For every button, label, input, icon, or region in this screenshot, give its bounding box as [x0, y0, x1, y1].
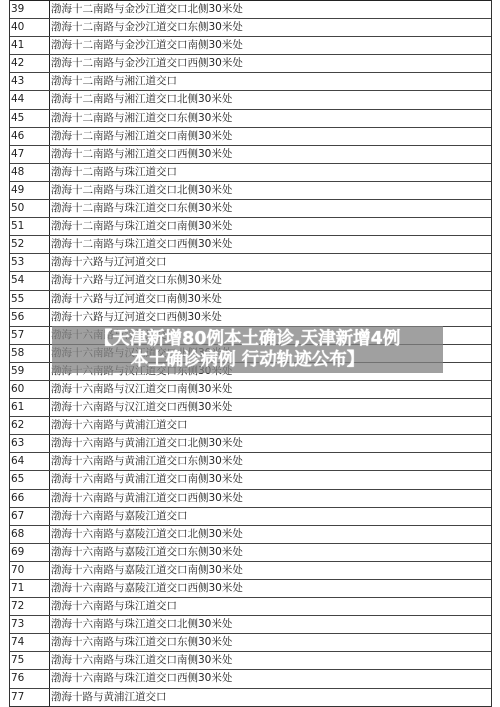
row-number: 54	[10, 272, 50, 289]
table-row: 75渤海十六南路与珠江道交口南侧30米处	[10, 651, 491, 669]
row-location: 渤海十二南路与湘江道交口	[50, 73, 491, 90]
row-number: 57	[10, 327, 50, 344]
row-number: 65	[10, 471, 50, 488]
row-location: 渤海十六路与辽河道交口	[50, 254, 491, 271]
row-location: 渤海十六南路与嘉陵江道交口	[50, 508, 491, 525]
table-row: 49渤海十二南路与珠江道交口北侧30米处	[10, 181, 491, 199]
row-location: 渤海十六南路与黄浦江道交口东侧30米处	[50, 453, 491, 470]
row-location: 渤海十六南路与珠江道交口	[50, 598, 491, 615]
row-number: 52	[10, 236, 50, 253]
row-number: 48	[10, 164, 50, 181]
row-number: 56	[10, 309, 50, 326]
table-row: 56渤海十六路与辽河道交口西侧30米处	[10, 308, 491, 326]
table-row: 70渤海十六南路与嘉陵江道交口南侧30米处	[10, 561, 491, 579]
row-number: 75	[10, 652, 50, 669]
row-number: 40	[10, 19, 50, 36]
row-number: 67	[10, 508, 50, 525]
row-number: 58	[10, 345, 50, 362]
table-row: 42渤海十二南路与金沙江道交口西侧30米处	[10, 54, 491, 72]
row-number: 53	[10, 254, 50, 271]
table-row: 73渤海十六南路与珠江道交口北侧30米处	[10, 615, 491, 633]
row-number: 68	[10, 526, 50, 543]
row-number: 64	[10, 453, 50, 470]
row-number: 66	[10, 490, 50, 507]
row-location: 渤海十六南路与黄浦江道交口南侧30米处	[50, 471, 491, 488]
row-location: 渤海十六南路与珠江道交口西侧30米处	[50, 670, 491, 687]
row-location: 渤海十二南路与珠江道交口	[50, 164, 491, 181]
table-row: 63渤海十六南路与黄浦江道交口北侧30米处	[10, 434, 491, 452]
row-location: 渤海十六南路与黄浦江道交口北侧30米处	[50, 435, 491, 452]
table-row: 60渤海十六南路与汉江道交口南侧30米处	[10, 380, 491, 398]
table-row: 77渤海十路与黄浦江道交口	[10, 688, 491, 706]
row-location: 渤海十六南路与珠江道交口南侧30米处	[50, 652, 491, 669]
row-location: 渤海十六南路与汉江道交口西侧30米处	[50, 399, 491, 416]
table-row: 46渤海十二南路与湘江道交口南侧30米处	[10, 127, 491, 145]
table-row: 51渤海十二南路与珠江道交口南侧30米处	[10, 217, 491, 235]
table-row: 62渤海十六南路与黄浦江道交口	[10, 416, 491, 434]
row-number: 71	[10, 580, 50, 597]
row-number: 39	[10, 1, 50, 18]
table-row: 40渤海十二南路与金沙江道交口东侧30米处	[10, 18, 491, 36]
row-location: 渤海十六南路与嘉陵江道交口西侧30米处	[50, 580, 491, 597]
row-location: 渤海十六南路与嘉陵江道交口东侧30米处	[50, 544, 491, 561]
row-location: 渤海十二南路与湘江道交口南侧30米处	[50, 128, 491, 145]
row-location: 渤海十二南路与湘江道交口北侧30米处	[50, 91, 491, 108]
row-location: 渤海十二南路与珠江道交口南侧30米处	[50, 218, 491, 235]
table-row: 47渤海十二南路与湘江道交口西侧30米处	[10, 145, 491, 163]
row-location: 渤海十二南路与湘江道交口西侧30米处	[50, 146, 491, 163]
row-number: 51	[10, 218, 50, 235]
row-number: 60	[10, 381, 50, 398]
table-row: 45渤海十二南路与湘江道交口东侧30米处	[10, 109, 491, 127]
row-location: 渤海十二南路与金沙江道交口北侧30米处	[50, 1, 491, 18]
table-row: 44渤海十二南路与湘江道交口北侧30米处	[10, 90, 491, 108]
row-number: 59	[10, 363, 50, 380]
row-number: 77	[10, 689, 50, 706]
row-location: 渤海十二南路与金沙江道交口西侧30米处	[50, 55, 491, 72]
table-row: 66渤海十六南路与黄浦江道交口西侧30米处	[10, 489, 491, 507]
row-location: 渤海十路与黄浦江道交口	[50, 689, 491, 706]
row-number: 41	[10, 37, 50, 54]
table-row: 74渤海十六南路与珠江道交口东侧30米处	[10, 633, 491, 651]
row-number: 42	[10, 55, 50, 72]
row-location: 渤海十二南路与金沙江道交口东侧30米处	[50, 19, 491, 36]
row-number: 62	[10, 417, 50, 434]
banner-title-line-2: 本土确诊病例 行动轨迹公布】	[131, 350, 365, 371]
table-row: 53渤海十六路与辽河道交口	[10, 253, 491, 271]
table-row: 69渤海十六南路与嘉陵江道交口东侧30米处	[10, 543, 491, 561]
table-row: 72渤海十六南路与珠江道交口	[10, 597, 491, 615]
row-location: 渤海十二南路与湘江道交口东侧30米处	[50, 110, 491, 127]
row-number: 69	[10, 544, 50, 561]
title-banner: 【天津新增80例本土确诊,天津新增4例 本土确诊病例 行动轨迹公布】	[52, 326, 443, 373]
table-row: 64渤海十六南路与黄浦江道交口东侧30米处	[10, 452, 491, 470]
row-number: 61	[10, 399, 50, 416]
row-number: 44	[10, 91, 50, 108]
row-number: 73	[10, 616, 50, 633]
row-number: 49	[10, 182, 50, 199]
row-location: 渤海十二南路与珠江道交口北侧30米处	[50, 182, 491, 199]
table-row: 50渤海十二南路与珠江道交口东侧30米处	[10, 199, 491, 217]
row-number: 63	[10, 435, 50, 452]
table-row: 65渤海十六南路与黄浦江道交口南侧30米处	[10, 470, 491, 488]
row-number: 55	[10, 291, 50, 308]
row-location: 渤海十六路与辽河道交口西侧30米处	[50, 309, 491, 326]
row-number: 46	[10, 128, 50, 145]
row-number: 70	[10, 562, 50, 579]
row-location: 渤海十六南路与黄浦江道交口	[50, 417, 491, 434]
table-row: 71渤海十六南路与嘉陵江道交口西侧30米处	[10, 579, 491, 597]
row-location: 渤海十六南路与珠江道交口北侧30米处	[50, 616, 491, 633]
row-location: 渤海十六南路与嘉陵江道交口北侧30米处	[50, 526, 491, 543]
row-number: 47	[10, 146, 50, 163]
row-location: 渤海十六南路与黄浦江道交口西侧30米处	[50, 490, 491, 507]
table-row: 48渤海十二南路与珠江道交口	[10, 163, 491, 181]
table-row: 68渤海十六南路与嘉陵江道交口北侧30米处	[10, 525, 491, 543]
table-row: 39渤海十二南路与金沙江道交口北侧30米处	[10, 0, 491, 18]
table-row: 67渤海十六南路与嘉陵江道交口	[10, 507, 491, 525]
row-number: 50	[10, 200, 50, 217]
row-number: 76	[10, 670, 50, 687]
row-number: 74	[10, 634, 50, 651]
row-location: 渤海十二南路与珠江道交口东侧30米处	[50, 200, 491, 217]
row-location: 渤海十六南路与珠江道交口东侧30米处	[50, 634, 491, 651]
table-row: 43渤海十二南路与湘江道交口	[10, 72, 491, 90]
row-number: 43	[10, 73, 50, 90]
row-location: 渤海十六南路与嘉陵江道交口南侧30米处	[50, 562, 491, 579]
table-row: 61渤海十六南路与汉江道交口西侧30米处	[10, 398, 491, 416]
table-row: 55渤海十六路与辽河道交口南侧30米处	[10, 290, 491, 308]
row-location: 渤海十六路与辽河道交口东侧30米处	[50, 272, 491, 289]
table-row: 52渤海十二南路与珠江道交口西侧30米处	[10, 235, 491, 253]
row-location: 渤海十六路与辽河道交口南侧30米处	[50, 291, 491, 308]
row-location: 渤海十二南路与金沙江道交口南侧30米处	[50, 37, 491, 54]
row-location: 渤海十六南路与汉江道交口南侧30米处	[50, 381, 491, 398]
table-row: 76渤海十六南路与珠江道交口西侧30米处	[10, 669, 491, 687]
row-location: 渤海十二南路与珠江道交口西侧30米处	[50, 236, 491, 253]
table-row: 54渤海十六路与辽河道交口东侧30米处	[10, 271, 491, 289]
table-row: 41渤海十二南路与金沙江道交口南侧30米处	[10, 36, 491, 54]
row-number: 72	[10, 598, 50, 615]
row-number: 45	[10, 110, 50, 127]
banner-title-line-1: 【天津新增80例本土确诊,天津新增4例	[95, 329, 401, 350]
